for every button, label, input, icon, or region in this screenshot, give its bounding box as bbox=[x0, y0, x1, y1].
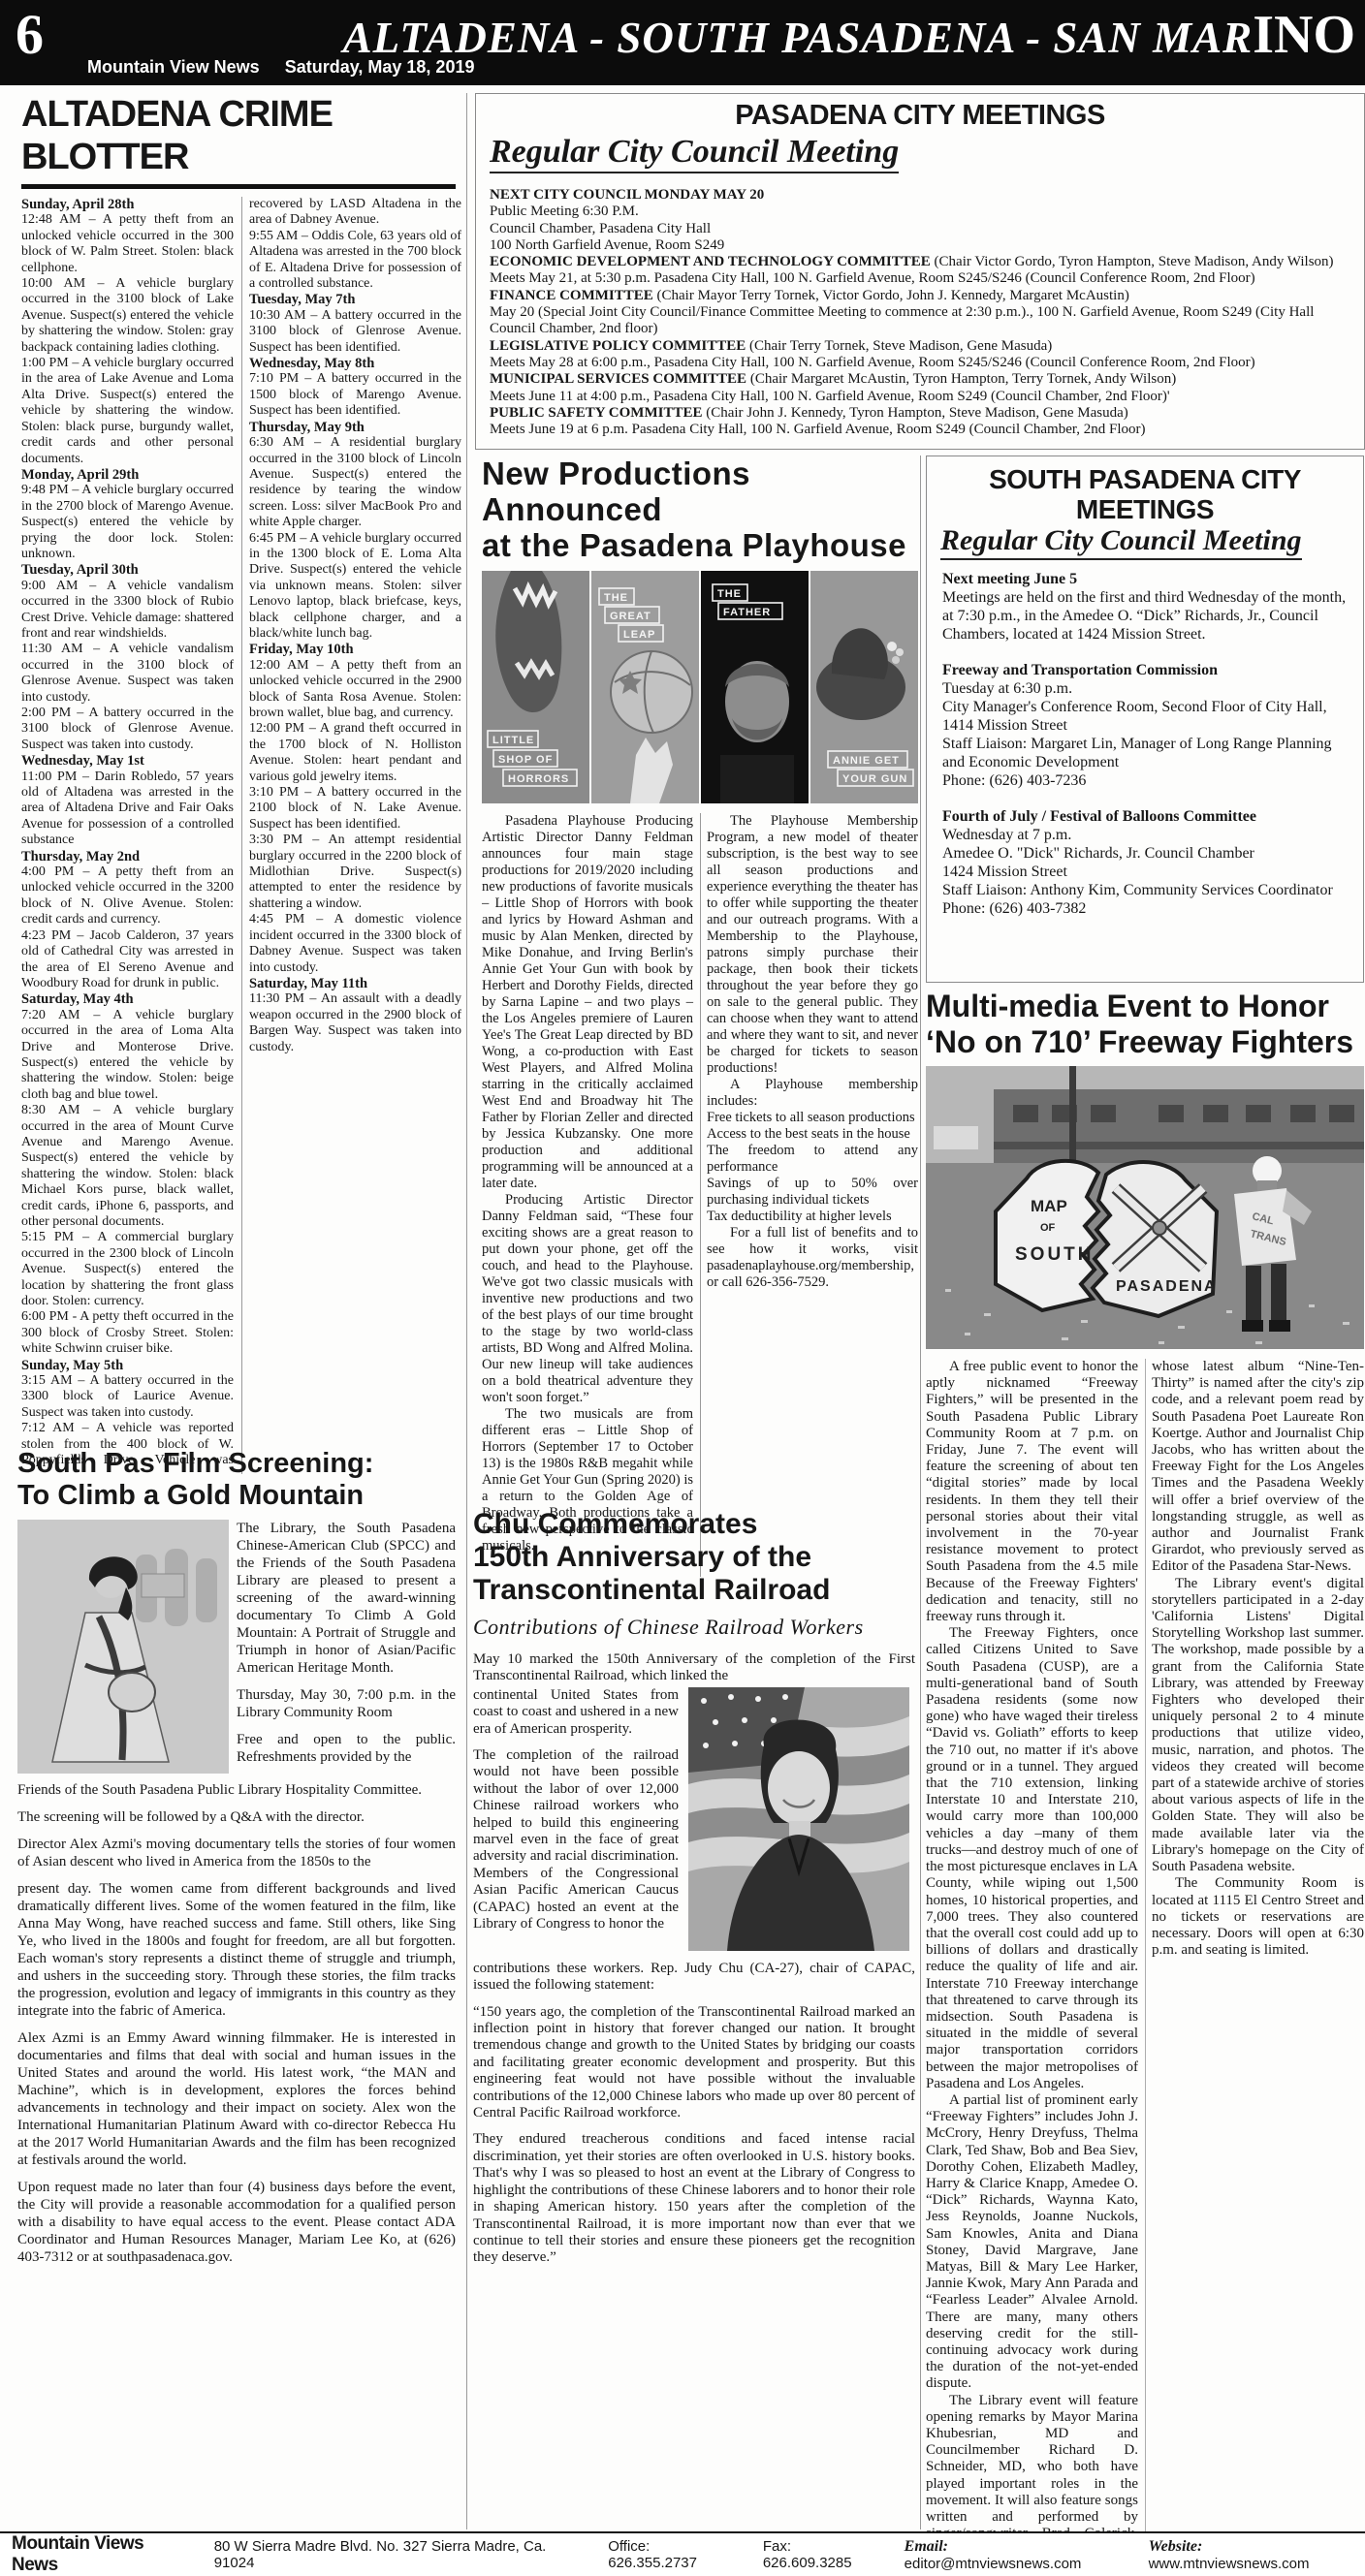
building bbox=[994, 1089, 1364, 1163]
meeting-line: LEGISLATIVE POLICY COMMITTEE (Chair Terr… bbox=[490, 338, 1350, 355]
crime-entry: 9:00 AM – A vehicle vandalism occurred i… bbox=[21, 579, 234, 643]
crime-day-heading: Tuesday, May 7th bbox=[249, 292, 461, 307]
crime-entry: 2:00 PM – A battery occurred in the 3100… bbox=[21, 706, 234, 753]
crime-entry: 6:00 PM - A petty theft occurred in the … bbox=[21, 1309, 234, 1357]
crime-entry: 7:20 AM – A vehicle burglary occurred in… bbox=[21, 1008, 234, 1103]
committee-detail: (Chair Terry Tornek, Steve Madison, Gene… bbox=[746, 338, 1052, 354]
meeting-detail: City Manager's Conference Room, Second F… bbox=[942, 698, 1348, 735]
meeting-line: PUBLIC SAFETY COMMITTEE (Chair John J. K… bbox=[490, 405, 1350, 422]
paragraph: A partial list of prominent early “Freew… bbox=[926, 2092, 1138, 2393]
paragraph: Free and open to the public. Refreshment… bbox=[237, 1731, 456, 1766]
masthead-bar: 6 ALTADENA - SOUTH PASADENA - SAN MARINO… bbox=[0, 0, 1365, 85]
paragraph: The screening will be followed by a Q&A … bbox=[17, 1808, 456, 1826]
crime-day-heading: Friday, May 10th bbox=[249, 642, 461, 657]
paragraph: The completion of the railroad would not… bbox=[473, 1747, 679, 1932]
committee-detail: (Chair Mayor Terry Tornek, Victor Gordo,… bbox=[653, 288, 1129, 303]
paragraph: present day. The women came from differe… bbox=[17, 1880, 456, 2020]
meeting-line: Council Chamber, Pasadena City Hall bbox=[490, 221, 1350, 237]
freeway-body: A free public event to honor the aptly n… bbox=[926, 1359, 1364, 2547]
meeting-detail: Wednesday at 7 p.m. bbox=[942, 826, 1348, 844]
membership-benefit: Tax deductibility at higher levels bbox=[707, 1209, 918, 1225]
svg-text:THE: THE bbox=[717, 588, 742, 600]
crime-entry: 10:00 AM – A vehicle burglary occurred i… bbox=[21, 276, 234, 356]
crime-entry: 3:10 PM – A battery occurred in the 2100… bbox=[249, 785, 461, 832]
crime-entry: 11:00 PM – Darin Robledo, 57 years old o… bbox=[21, 770, 234, 849]
crime-blotter-headline: ALTADENA CRIME BLOTTER bbox=[14, 93, 461, 178]
footer-email-address[interactable]: editor@mtnviewsnews.com bbox=[905, 2556, 1082, 2572]
committee-detail: Public Meeting 6:30 P.M. bbox=[490, 204, 639, 219]
paragraph: A Playhouse membership includes: bbox=[707, 1077, 918, 1110]
crime-day-heading: Tuesday, April 30th bbox=[21, 562, 234, 578]
column-divider-right bbox=[920, 456, 921, 2529]
paragraph: They endured treacherous conditions and … bbox=[473, 2131, 915, 2266]
crime-entry: 11:30 PM – An assault with a deadly weap… bbox=[249, 991, 461, 1055]
committee-detail: Meets June 11 at 4:00 p.m., Pasadena Cit… bbox=[490, 389, 1170, 404]
paragraph: Friends of the South Pasadena Public Lib… bbox=[17, 1781, 456, 1799]
column-divider-left bbox=[466, 93, 467, 2529]
poster-little-shop-of-horrors: LITTLE SHOP OF HORRORS bbox=[482, 571, 589, 803]
pasadena-meetings-list: NEXT CITY COUNCIL MONDAY MAY 20 Public M… bbox=[490, 187, 1350, 438]
masthead-main: ALTADENA - SOUTH PASADENA - SAN MAR bbox=[343, 14, 1254, 62]
article-chu-railroad: Chu Commemorates 150th Anniversary of th… bbox=[473, 1508, 915, 2267]
film-body-beside-photo: The Library, the South Pasadena Chinese-… bbox=[237, 1520, 456, 1775]
sp-section-council: Next meeting June 5 Meetings are held on… bbox=[942, 570, 1348, 644]
committee-detail: Meets May 21, at 5:30 p.m. Pasadena City… bbox=[490, 270, 1255, 286]
paper-dateline: Mountain View NewsSaturday, May 18, 2019 bbox=[87, 57, 499, 78]
meeting-detail: Phone: (626) 403-7382 bbox=[942, 899, 1348, 918]
meeting-line: Public Meeting 6:30 P.M. bbox=[490, 204, 1350, 220]
crime-entry: 6:30 AM – A residential burglary occurre… bbox=[249, 435, 461, 530]
masthead-suffix: INO bbox=[1253, 5, 1355, 65]
crime-entry: 9:55 AM – Oddis Cole, 63 years old of Al… bbox=[249, 229, 461, 293]
svg-text:LEAP: LEAP bbox=[623, 629, 655, 641]
meeting-line: Meets May 28 at 6:00 p.m., Pasadena City… bbox=[490, 355, 1350, 371]
crime-entry: 5:15 PM – A commercial burglary occurred… bbox=[21, 1230, 234, 1309]
crime-entry: 3:15 AM – A battery occurred in the 3300… bbox=[21, 1373, 234, 1421]
meeting-detail: Tuesday at 6:30 p.m. bbox=[942, 679, 1348, 698]
playhouse-body: Pasadena Playhouse Producing Artistic Di… bbox=[482, 813, 918, 1577]
crime-entry: 10:30 AM – A battery occurred in the 310… bbox=[249, 308, 461, 356]
poster-the-great-leap: THE GREAT LEAP bbox=[591, 571, 699, 803]
sp-meetings-subtitle: Regular City Council Meeting bbox=[940, 524, 1302, 560]
headline-rule bbox=[21, 184, 456, 189]
pasadena-meetings-box: PASADENA CITY MEETINGS Regular City Coun… bbox=[475, 93, 1365, 450]
crime-day-heading: Thursday, May 9th bbox=[249, 420, 461, 435]
chu-headline: Chu Commemorates 150th Anniversary of th… bbox=[473, 1508, 915, 1607]
crime-day-heading: Thursday, May 2nd bbox=[21, 849, 234, 864]
paragraph: continental United States from coast to … bbox=[473, 1687, 679, 1738]
meeting-line: NEXT CITY COUNCIL MONDAY MAY 20 bbox=[490, 187, 1350, 204]
banner bbox=[142, 1574, 184, 1597]
svg-text:OF: OF bbox=[1040, 1222, 1056, 1234]
svg-text:LITTLE: LITTLE bbox=[492, 735, 534, 746]
svg-text:SOUTH: SOUTH bbox=[1015, 1244, 1095, 1265]
committee-detail: Meets June 19 at 6 p.m. Pasadena City Ha… bbox=[490, 422, 1146, 437]
paragraph: The Freeway Fighters, once called Citize… bbox=[926, 1625, 1138, 2092]
crime-entry: 4:00 PM – A petty theft from an unlocked… bbox=[21, 864, 234, 928]
crime-entry: 4:45 PM – A domestic violence incident o… bbox=[249, 912, 461, 976]
pasadena-meetings-headline: PASADENA CITY MEETINGS bbox=[476, 100, 1364, 132]
paragraph: For a full list of benefits and to see h… bbox=[707, 1225, 918, 1291]
meeting-detail: Staff Liaison: Anthony Kim, Community Se… bbox=[942, 881, 1348, 899]
meeting-detail: Staff Liaison: Margaret Lin, Manager of … bbox=[942, 735, 1348, 771]
svg-text:ANNIE GET: ANNIE GET bbox=[833, 755, 900, 767]
playhouse-headline: New Productions Announced at the Pasaden… bbox=[482, 456, 918, 563]
film-body-below-photo: Friends of the South Pasadena Public Lib… bbox=[17, 1781, 456, 2266]
committee-name: PUBLIC SAFETY COMMITTEE bbox=[490, 405, 702, 421]
paragraph: contributions these workers. Rep. Judy C… bbox=[473, 1961, 915, 1995]
svg-text:FATHER: FATHER bbox=[723, 607, 771, 618]
sp-section-fourth-of-july: Fourth of July / Festival of Balloons Co… bbox=[942, 807, 1348, 918]
neck bbox=[789, 1821, 810, 1837]
committee-name: FINANCE COMMITTEE bbox=[490, 288, 653, 303]
crime-blotter-body: Sunday, April 28th 12:48 AM – A petty th… bbox=[14, 197, 461, 1474]
meeting-line: FINANCE COMMITTEE (Chair Mayor Terry Tor… bbox=[490, 288, 1350, 304]
chu-body: May 10 marked the 150th Anniversary of t… bbox=[473, 1651, 915, 2267]
meeting-detail: 1424 Mission Street bbox=[942, 863, 1348, 881]
paragraph: The Library, the South Pasadena Chinese-… bbox=[237, 1520, 456, 1677]
article-film-screening: South Pas Film Screening: To Climb a Gol… bbox=[17, 1448, 456, 2276]
committee-name: NEXT CITY COUNCIL MONDAY MAY 20 bbox=[490, 187, 764, 203]
committee-detail: (Chair Victor Gordo, Tyron Hampton, Stev… bbox=[931, 254, 1334, 269]
pasadena-meetings-subtitle: Regular City Council Meeting bbox=[490, 134, 899, 173]
committee-detail: 100 North Garfield Avenue, Room S249 bbox=[490, 237, 724, 253]
playhouse-season-posters-photo: LITTLE SHOP OF HORRORS THE GREAT LEAP bbox=[482, 571, 918, 803]
footer-office-phone: Office: 626.355.2737 bbox=[608, 2538, 742, 2571]
article-playhouse: New Productions Announced at the Pasaden… bbox=[482, 456, 918, 1577]
crime-entry: 9:48 PM – A vehicle burglary occurred in… bbox=[21, 483, 234, 562]
meeting-line: Meets June 11 at 4:00 p.m., Pasadena Cit… bbox=[490, 389, 1350, 405]
paper-name: Mountain View News bbox=[87, 57, 260, 77]
footer-website: Website: www.mtnviewsnews.com bbox=[1149, 2538, 1365, 2572]
footer-brand: Mountain Views News bbox=[12, 2533, 193, 2576]
committee-name: ECONOMIC DEVELOPMENT AND TECHNOLOGY COMM… bbox=[490, 254, 931, 269]
svg-text:THE: THE bbox=[604, 592, 628, 604]
sp-section-freeway-commission: Freeway and Transportation Commission Tu… bbox=[942, 661, 1348, 790]
crime-entry: 6:45 PM – A vehicle burglary occurred in… bbox=[249, 531, 461, 643]
footer-address: 80 W Sierra Madre Blvd. No. 327 Sierra M… bbox=[214, 2538, 587, 2571]
meeting-line: May 20 (Special Joint City Council/Finan… bbox=[490, 304, 1350, 338]
meeting-line: 100 North Garfield Avenue, Room S249 bbox=[490, 237, 1350, 254]
paragraph: A free public event to honor the aptly n… bbox=[926, 1359, 1138, 1625]
paragraph: Alex Azmi is an Emmy Award winning filmm… bbox=[17, 2029, 456, 2169]
crime-day-heading: Wednesday, May 1st bbox=[21, 753, 234, 769]
utility-pole-icon bbox=[1069, 1066, 1076, 1163]
issue-date: Saturday, May 18, 2019 bbox=[285, 57, 475, 77]
crime-day-heading: Sunday, April 28th bbox=[21, 197, 234, 212]
paragraph: Pasadena Playhouse Producing Artistic Di… bbox=[482, 813, 693, 1192]
meeting-line: ECONOMIC DEVELOPMENT AND TECHNOLOGY COMM… bbox=[490, 254, 1350, 270]
crime-day-heading: Saturday, May 11th bbox=[249, 976, 461, 991]
paragraph: Upon request made no later than four (4)… bbox=[17, 2179, 456, 2266]
article-freeway-fighters: Multi-media Event to Honor ‘No on 710’ F… bbox=[926, 989, 1364, 2547]
svg-text:HORRORS: HORRORS bbox=[508, 773, 569, 785]
membership-benefit: Free tickets to all season productions bbox=[707, 1110, 918, 1126]
crime-day-heading: Monday, April 29th bbox=[21, 467, 234, 483]
footer-website-url[interactable]: www.mtnviewsnews.com bbox=[1149, 2556, 1310, 2572]
meeting-line: MUNICIPAL SERVICES COMMITTEE (Chair Marg… bbox=[490, 371, 1350, 388]
committee-detail: (Chair John J. Kennedy, Tyron Hampton, S… bbox=[702, 405, 1127, 421]
membership-benefit: Access to the best seats in the house bbox=[707, 1126, 918, 1143]
sp-meetings-headline: SOUTH PASADENA CITY MEETINGS bbox=[980, 464, 1310, 524]
freeway-fighters-photo: MAP OF SOUTH PASADENA CAL TRANS bbox=[926, 1066, 1364, 1349]
crime-entry: 12:48 AM – A petty theft from an unlocke… bbox=[21, 212, 234, 276]
footer-email: Email: editor@mtnviewsnews.com bbox=[905, 2538, 1127, 2572]
meeting-line: Meets June 19 at 6 p.m. Pasadena City Ha… bbox=[490, 422, 1350, 438]
torn-map-sign: MAP OF SOUTH PASADENA bbox=[996, 1161, 1218, 1316]
film-headline: South Pas Film Screening: To Climb a Gol… bbox=[17, 1448, 456, 1512]
svg-text:PASADENA: PASADENA bbox=[1116, 1278, 1218, 1295]
svg-text:YOUR GUN: YOUR GUN bbox=[842, 773, 907, 785]
membership-benefit: Savings of up to 50% over purchasing ind… bbox=[707, 1176, 918, 1209]
crime-entry: 7:10 PM – A battery occurred in the 1500… bbox=[249, 371, 461, 419]
film-documentary-photo bbox=[17, 1520, 229, 1774]
meeting-line: Meets May 21, at 5:30 p.m. Pasadena City… bbox=[490, 270, 1350, 287]
committee-detail: May 20 (Special Joint City Council/Finan… bbox=[490, 304, 1314, 336]
paragraph: May 10 marked the 150th Anniversary of t… bbox=[473, 1651, 915, 1685]
sleeve bbox=[109, 1673, 155, 1712]
footer-fax: Fax: 626.609.3285 bbox=[763, 2538, 883, 2571]
crime-entry: 1:00 PM – A vehicle burglary occurred in… bbox=[21, 356, 234, 467]
committee-detail: (Chair Margaret McAustin, Tyron Hampton,… bbox=[746, 371, 1176, 387]
paragraph: Thursday, May 30, 7:00 p.m. in the Libra… bbox=[237, 1686, 456, 1721]
van-icon bbox=[934, 1126, 978, 1149]
crime-day-heading: Saturday, May 4th bbox=[21, 991, 234, 1007]
paragraph: “150 years ago, the completion of the Tr… bbox=[473, 2004, 915, 2122]
freeway-headline: Multi-media Event to Honor ‘No on 710’ F… bbox=[926, 989, 1364, 1060]
paragraph: Director Alex Azmi's moving documentary … bbox=[17, 1836, 456, 1870]
footer-bar: Mountain Views News 80 W Sierra Madre Bl… bbox=[0, 2531, 1365, 2576]
crime-entry: 4:23 PM – Jacob Calderon, 37 years old o… bbox=[21, 928, 234, 992]
article-crime-blotter: ALTADENA CRIME BLOTTER Sunday, April 28t… bbox=[14, 93, 461, 1474]
svg-text:GREAT: GREAT bbox=[610, 611, 651, 622]
poster-the-father: THE FATHER bbox=[701, 571, 809, 803]
meeting-detail: Phone: (626) 403-7236 bbox=[942, 771, 1348, 790]
paragraph: Producing Artistic Director Danny Feldma… bbox=[482, 1192, 693, 1406]
svg-text:SHOP OF: SHOP OF bbox=[498, 754, 553, 766]
committee-name: LEGISLATIVE POLICY COMMITTEE bbox=[490, 338, 746, 354]
paragraph: The Community Room is located at 1115 El… bbox=[1152, 1875, 1364, 1959]
poster-annie-get-your-gun: ANNIE GET YOUR GUN bbox=[810, 571, 918, 803]
crime-day-heading: Sunday, May 5th bbox=[21, 1358, 234, 1373]
committee-name: MUNICIPAL SERVICES COMMITTEE bbox=[490, 371, 746, 387]
crime-entry: 3:30 PM – An attempt residential burglar… bbox=[249, 832, 461, 912]
face bbox=[768, 1751, 830, 1825]
membership-benefit: The freedom to attend any performance bbox=[707, 1143, 918, 1176]
south-pasadena-meetings-box: SOUTH PASADENA CITY MEETINGS Regular Cit… bbox=[926, 456, 1364, 983]
judy-chu-photo bbox=[688, 1687, 909, 1951]
crime-day-heading: Wednesday, May 8th bbox=[249, 356, 461, 371]
meeting-detail: Amedee O. "Dick" Richards, Jr. Council C… bbox=[942, 844, 1348, 863]
svg-text:MAP: MAP bbox=[1031, 1197, 1067, 1215]
committee-detail: Meets May 28 at 6:00 p.m., Pasadena City… bbox=[490, 355, 1255, 370]
meeting-detail: Meetings are held on the first and third… bbox=[942, 588, 1348, 644]
committee-detail: Council Chamber, Pasadena City Hall bbox=[490, 221, 711, 236]
crime-entry: 12:00 AM – A petty theft from an unlocke… bbox=[249, 658, 461, 722]
paragraph: The Library event's digital storytellers… bbox=[1152, 1576, 1364, 1876]
crime-entry: 8:30 AM – A vehicle burglary occurred in… bbox=[21, 1103, 234, 1230]
chu-subtitle: Contributions of Chinese Railroad Worker… bbox=[473, 1615, 915, 1640]
crime-entry: 12:00 PM – A grand theft occurred in the… bbox=[249, 721, 461, 785]
page-number: 6 bbox=[16, 2, 44, 67]
paragraph: The Playhouse Membership Program, a new … bbox=[707, 813, 918, 1077]
crime-entry: 11:30 AM – A vehicle vandalism occurred … bbox=[21, 642, 234, 706]
